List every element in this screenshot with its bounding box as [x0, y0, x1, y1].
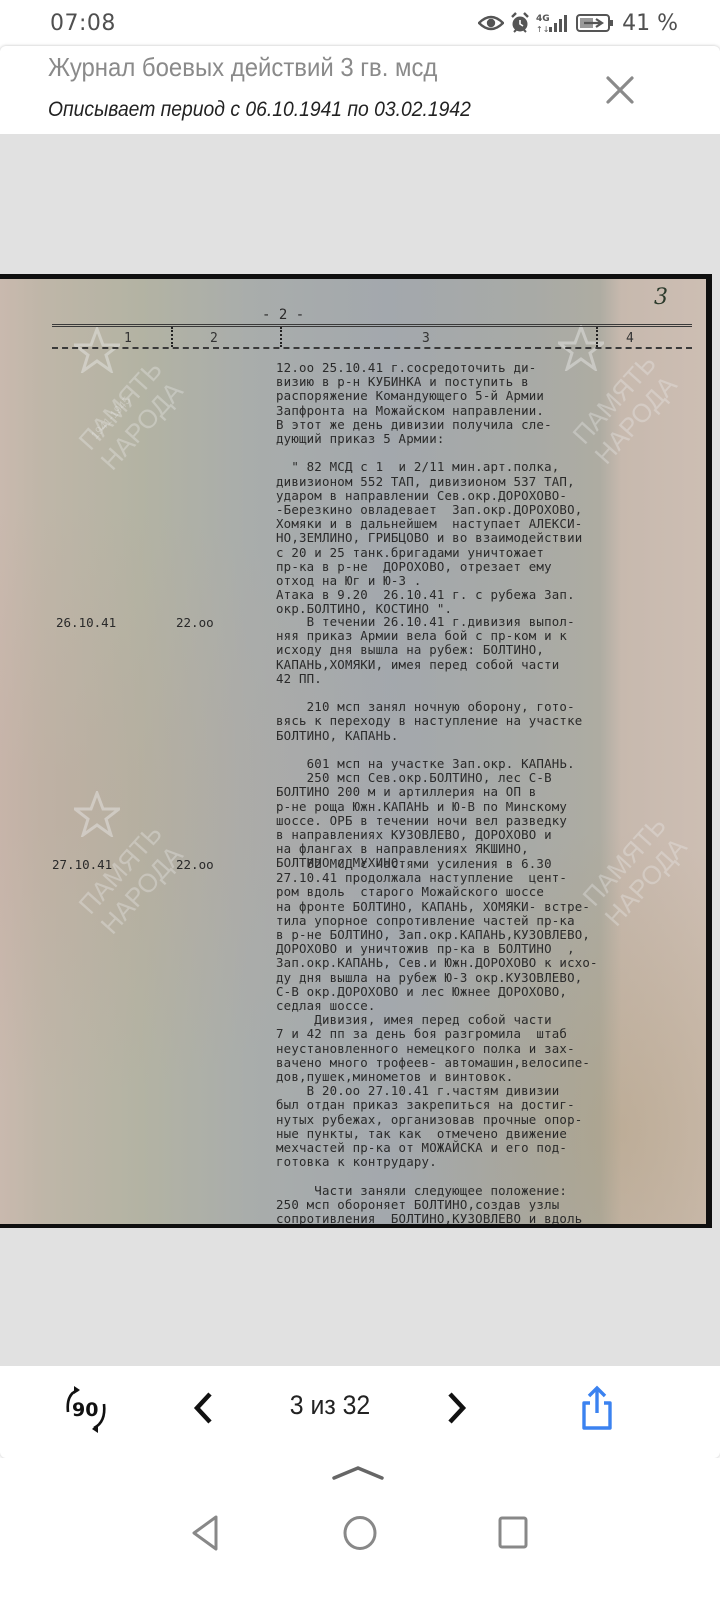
chevron-right-icon	[445, 1391, 469, 1425]
column-header-3: 3	[422, 331, 430, 346]
column-header-2: 2	[210, 331, 218, 346]
document-period: Описывает период с 06.10.1941 по 03.02.1…	[48, 98, 471, 122]
battery-charging-icon	[576, 13, 614, 33]
column-separator	[171, 327, 173, 347]
svg-text:90: 90	[72, 1399, 98, 1421]
entry-time: 22.оо	[176, 615, 214, 630]
back-icon	[188, 1513, 222, 1553]
entry-date: 26.10.41	[56, 615, 116, 630]
recent-apps-icon	[495, 1513, 531, 1553]
entry-text: 12.оо 25.10.41 г.сосредоточить ди- визию…	[276, 361, 582, 617]
document-scan[interactable]: 1941-1945 ПАМЯТЬ НАРОДА ПАМЯТЬ НАРОДА ПА…	[0, 274, 712, 1228]
column-header-4: 4	[626, 331, 634, 346]
document-viewer: Журнал боевых действий 3 гв. мсд Описыва…	[0, 46, 720, 1458]
handwritten-page-number: 3	[654, 285, 668, 310]
document-title: Журнал боевых действий 3 гв. мсд	[48, 52, 437, 83]
system-navigation-bar	[0, 1458, 720, 1600]
eye-icon	[478, 14, 504, 32]
entry-time: 22.оо	[176, 857, 214, 872]
swipe-up-handle[interactable]	[330, 1462, 386, 1484]
recent-apps-button[interactable]	[488, 1508, 538, 1558]
scan-paper: 1941-1945 ПАМЯТЬ НАРОДА ПАМЯТЬ НАРОДА ПА…	[0, 279, 706, 1224]
close-icon	[605, 75, 635, 109]
status-icons: 4G↑↓ 41 %	[478, 11, 678, 36]
share-button[interactable]	[572, 1380, 622, 1436]
swipe-up-handle-icon	[330, 1462, 386, 1484]
watermark-star-icon	[74, 791, 120, 837]
viewer-toolbar: 90 3 из 32	[0, 1366, 720, 1458]
svg-text:↑↓: ↑↓	[536, 25, 549, 34]
page-marker: - 2 -	[262, 307, 304, 323]
document-image-area[interactable]: 1941-1945 ПАМЯТЬ НАРОДА ПАМЯТЬ НАРОДА ПА…	[0, 134, 720, 1366]
column-header-1: 1	[124, 331, 132, 346]
back-button[interactable]	[180, 1508, 230, 1558]
chevron-left-icon	[191, 1391, 215, 1425]
rotate-90-icon: 90	[58, 1382, 114, 1434]
close-button[interactable]	[596, 68, 644, 116]
column-separator	[280, 327, 282, 347]
entry-date: 27.10.41	[52, 857, 112, 872]
watermark-star-icon	[74, 327, 120, 373]
home-button[interactable]	[335, 1508, 385, 1558]
viewer-header: Журнал боевых действий 3 гв. мсд Описыва…	[0, 46, 720, 134]
svg-text:4G: 4G	[536, 14, 550, 24]
home-icon	[340, 1513, 380, 1553]
status-bar: 07:08 4G↑↓ 41 %	[0, 0, 720, 46]
page-indicator: 3 из 32	[275, 1390, 385, 1421]
next-page-button[interactable]	[434, 1380, 480, 1436]
share-icon	[579, 1385, 615, 1431]
alarm-icon	[510, 12, 530, 34]
table-header-rule-bottom	[52, 347, 692, 349]
column-separator	[596, 327, 598, 347]
entry-text: 82 МСД с частями усиления в 6.30 27.10.4…	[276, 857, 598, 1224]
signal-4g-icon: 4G↑↓	[536, 12, 570, 34]
status-time: 07:08	[50, 11, 116, 36]
entry-text: В течении 26.10.41 г.дивизия выпол- няя …	[276, 615, 582, 871]
rotate-90-button[interactable]: 90	[58, 1380, 114, 1436]
previous-page-button[interactable]	[180, 1380, 226, 1436]
battery-percentage: 41 %	[622, 11, 678, 36]
